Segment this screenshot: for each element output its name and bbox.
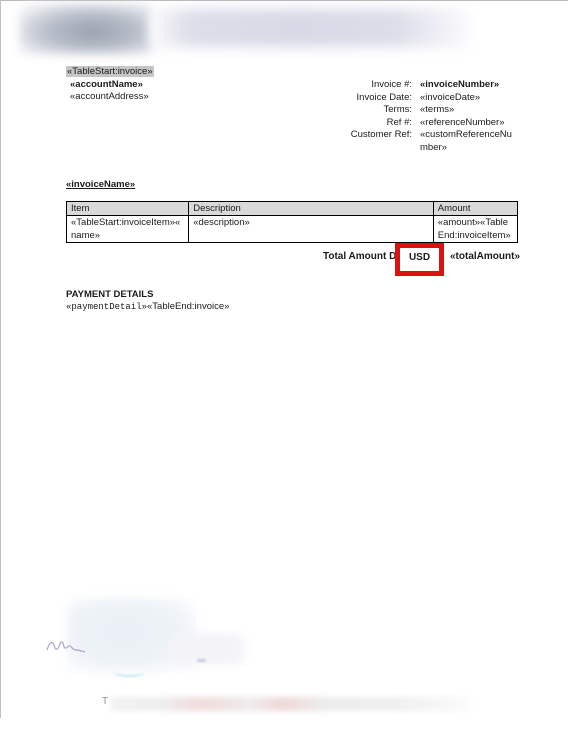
company-logo-blurred [20, 4, 152, 54]
merge-field-payment-detail: «paymentDetail» [66, 302, 147, 312]
merge-field-account-name: «accountName» [70, 79, 143, 90]
column-header-item: Item [67, 202, 189, 216]
invoice-meta-block: Invoice #: «invoiceNumber» Invoice Date:… [330, 79, 518, 154]
merge-field-invoice-name: «invoiceName» [66, 179, 135, 190]
column-header-amount: Amount [433, 202, 517, 216]
invoice-template-page: «TableStart:invoice» «accountName» «acco… [0, 0, 568, 732]
meta-row-customer-ref: Customer Ref: «customReferenceNu mber» [330, 129, 518, 154]
meta-row-invoice-number: Invoice #: «invoiceNumber» [330, 79, 518, 92]
meta-row-invoice-date: Invoice Date: «invoiceDate» [330, 92, 518, 105]
company-header-text-blurred [150, 9, 475, 47]
signature-path [47, 642, 85, 652]
meta-row-terms: Terms: «terms» [330, 104, 518, 117]
cell-amount-merge-field: «amount»«Table End:invoiceItem» [433, 216, 517, 243]
table-row: «TableStart:invoiceItem»« name» «descrip… [67, 216, 518, 243]
footer-visible-letter: T [102, 696, 108, 707]
signature-ink-tick [197, 659, 206, 662]
signature-ink-squiggle [46, 636, 86, 658]
invoice-date-label: Invoice Date: [330, 92, 412, 105]
invoice-items-table: Item Description Amount «TableStart:invo… [66, 201, 518, 243]
merge-field-custom-reference-number: «customReferenceNu mber» [420, 129, 518, 154]
merge-field-account-address: «accountAddress» [70, 91, 149, 102]
currency-code: USD [409, 252, 430, 271]
ref-number-label: Ref #: [330, 117, 412, 130]
page-left-edge [0, 0, 1, 718]
customer-ref-label: Customer Ref: [330, 129, 412, 154]
cell-description-merge-field: «description» [189, 216, 434, 243]
merge-field-total-amount: «totalAmount» [450, 251, 520, 262]
page-top-edge [0, 0, 568, 1]
stamp-cyan-arc [113, 667, 145, 677]
merge-field-tableend-invoice: «TableEnd:invoice» [147, 301, 229, 312]
payment-detail-line: «paymentDetail»«TableEnd:invoice» [66, 301, 229, 312]
table-header-row: Item Description Amount [67, 202, 518, 216]
cell-item-merge-field: «TableStart:invoiceItem»« name» [67, 216, 189, 243]
merge-field-invoice-number: «invoiceNumber» [420, 79, 518, 92]
merge-field-invoice-date: «invoiceDate» [420, 92, 518, 105]
usd-annotation-red-box: USD [395, 243, 444, 276]
merge-field-tablestart-invoice: «TableStart:invoice» [66, 66, 154, 77]
footer-line-blurred [111, 697, 477, 711]
payment-details-heading: PAYMENT DETAILS [66, 289, 153, 300]
terms-label: Terms: [330, 104, 412, 117]
column-header-description: Description [189, 202, 434, 216]
merge-field-reference-number: «referenceNumber» [420, 117, 518, 130]
signature-area-blurred-right [170, 634, 244, 664]
merge-field-terms: «terms» [420, 104, 518, 117]
invoice-number-label: Invoice #: [330, 79, 412, 92]
meta-row-ref-number: Ref #: «referenceNumber» [330, 117, 518, 130]
